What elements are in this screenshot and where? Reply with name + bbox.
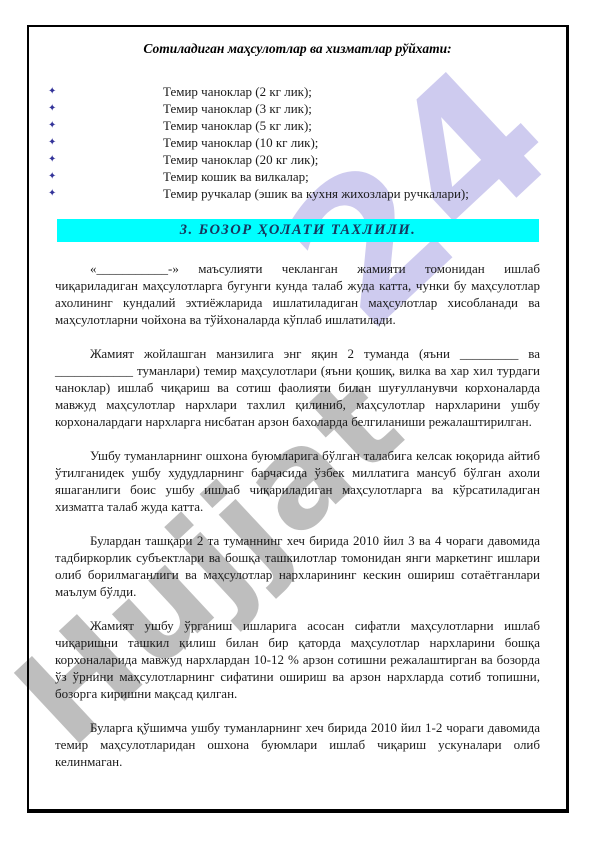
page-border: Сотиладиган маҳсулотлар ва хизматлар рўй… — [27, 25, 569, 813]
list-item: ✦ Темир кошик ва вилкалар; — [55, 168, 540, 185]
product-label: Темир чаноклар (20 кг лик); — [163, 152, 318, 167]
paragraph-3: Ушбу туманларнинг ошхона буюмларига бўлг… — [55, 447, 540, 515]
product-label: Темир ручкалар (эшик ва кухня жихозлари … — [163, 186, 469, 201]
star-bullet-icon: ✦ — [48, 117, 56, 134]
star-bullet-icon: ✦ — [48, 83, 56, 100]
section-heading: 3. БОЗОР ҲОЛАТИ ТАХЛИЛИ. — [57, 219, 539, 242]
document-content: Сотиладиган маҳсулотлар ва хизматлар рўй… — [29, 27, 566, 809]
product-label: Темир чаноклар (2 кг лик); — [163, 84, 312, 99]
product-label: Темир чаноклар (3 кг лик); — [163, 101, 312, 116]
product-list: ✦ Темир чаноклар (2 кг лик); ✦ Темир чан… — [55, 83, 540, 202]
star-bullet-icon: ✦ — [48, 134, 56, 151]
list-item: ✦ Темир чаноклар (5 кг лик); — [55, 117, 540, 134]
paragraph-1: «___________-» маъсулияти чекланган жами… — [55, 260, 540, 328]
paragraph-6: Буларга қўшимча ушбу туманларнинг хеч би… — [55, 719, 540, 770]
paragraph-4: Булардан ташқари 2 та туманнинг хеч бири… — [55, 532, 540, 600]
star-bullet-icon: ✦ — [48, 100, 56, 117]
star-bullet-icon: ✦ — [48, 168, 56, 185]
product-label: Темир чаноклар (10 кг лик); — [163, 135, 318, 150]
list-item: ✦ Темир ручкалар (эшик ва кухня жихозлар… — [55, 185, 540, 202]
list-item: ✦ Темир чаноклар (20 кг лик); — [55, 151, 540, 168]
product-label: Темир кошик ва вилкалар; — [163, 169, 309, 184]
document-title: Сотиладиган маҳсулотлар ва хизматлар рўй… — [55, 40, 540, 58]
paragraph-5: Жамият ушбу ўрганиш ишларига асосан сифа… — [55, 617, 540, 702]
list-item: ✦ Темир чаноклар (2 кг лик); — [55, 83, 540, 100]
list-item: ✦ Темир чаноклар (3 кг лик); — [55, 100, 540, 117]
list-item: ✦ Темир чаноклар (10 кг лик); — [55, 134, 540, 151]
paragraph-2: Жамият жойлашган манзилига энг яқин 2 ту… — [55, 345, 540, 430]
star-bullet-icon: ✦ — [48, 185, 56, 202]
product-label: Темир чаноклар (5 кг лик); — [163, 118, 312, 133]
star-bullet-icon: ✦ — [48, 151, 56, 168]
